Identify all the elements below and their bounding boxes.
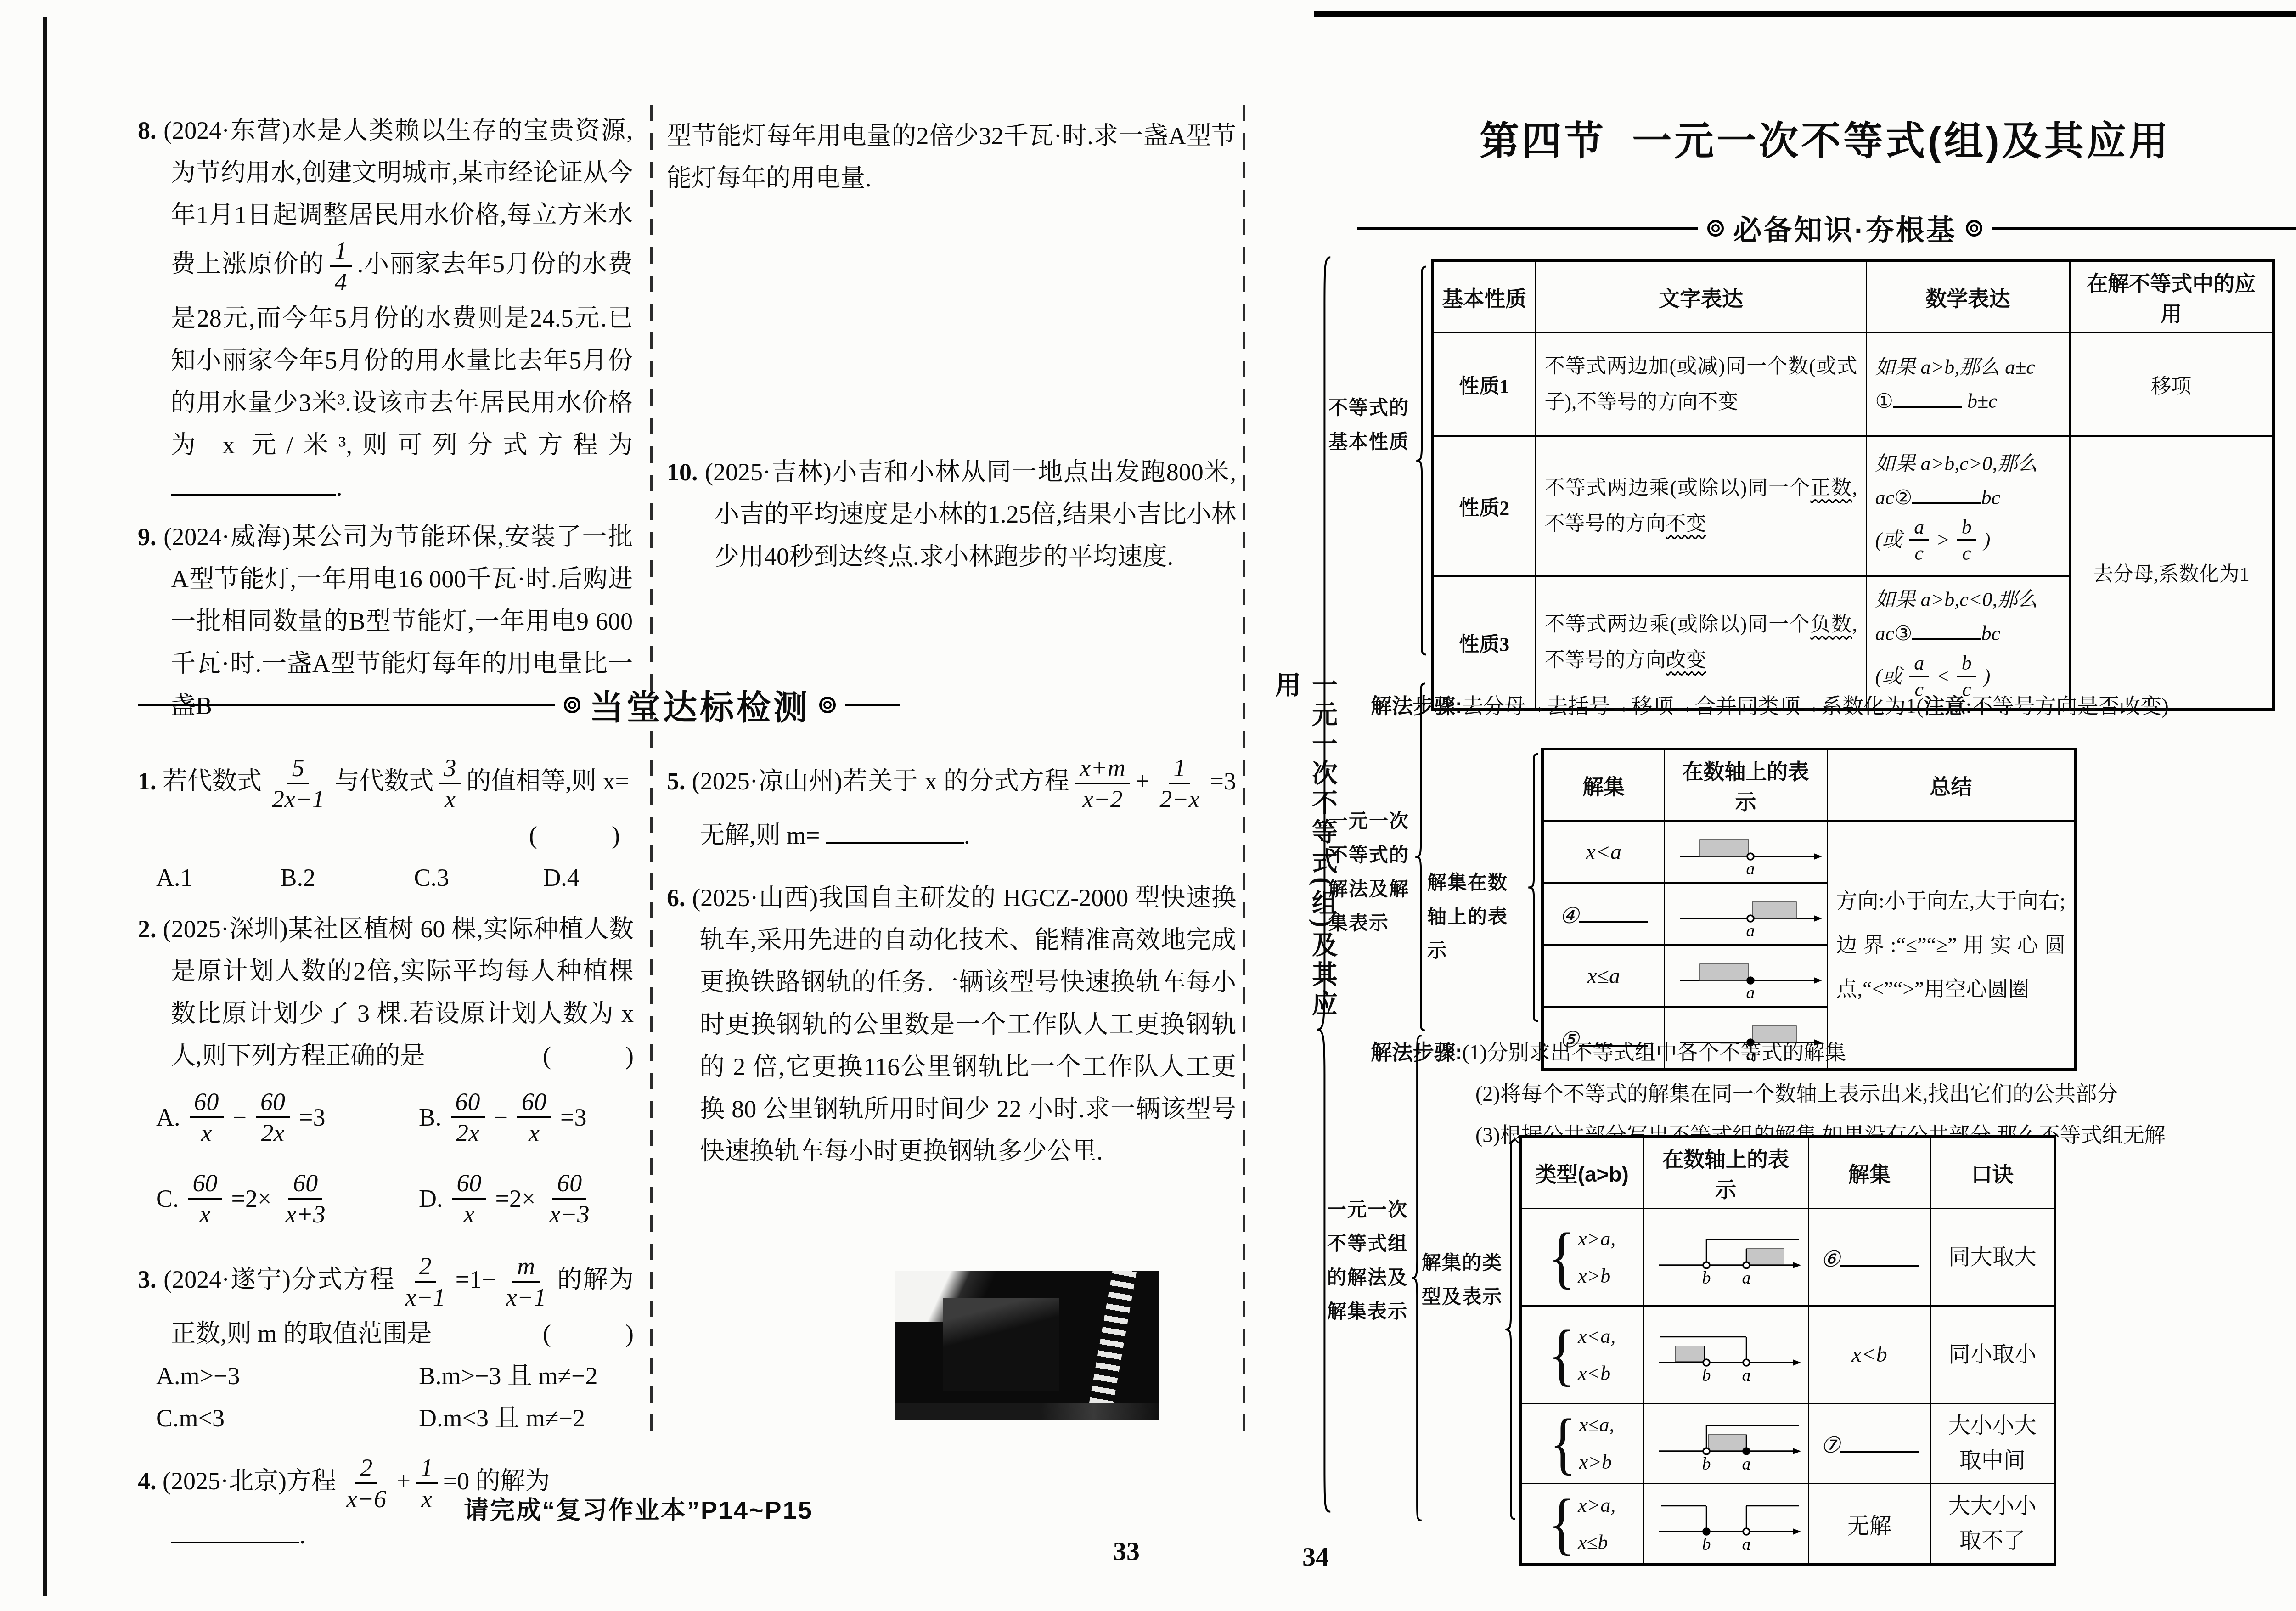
answer-blank [1893,386,1962,408]
quiz-section-title: 当堂达标检测 [590,681,810,729]
numberline-x-greater-a-icon: a [1673,888,1825,940]
problem-number: 6. [667,884,686,912]
circled-number: ④ [1559,904,1579,928]
text-run: =3 [299,1096,325,1138]
svg-text:a: a [1742,1268,1750,1287]
t3-r1-set: ⑥ [1808,1209,1930,1306]
case-brace [1550,1409,1576,1478]
quiz-problem-3-text: 3. (2024·遂宁)分式方程2x−1=1−mx−1的解为正数,则 m 的取值… [138,1251,634,1355]
text-run: ac [1875,486,1895,509]
numberline-no-solution-icon: ba [1652,1494,1804,1554]
case-line: x>b [1578,1264,1615,1288]
t3-r3-numberline: ba [1643,1403,1808,1484]
group-system-solving-label: 一元一次不等式组的解法及解集表示 [1327,1193,1409,1329]
solution-set-table: 解集 在数轴上的表示 总结 x<a a 方向:小于向左,大于向右;边界:“≤”“… [1541,748,2077,1071]
t3-r1-numberline: ba [1643,1209,1808,1306]
operator: − [233,1096,247,1138]
text-run: (2025·吉林)小吉和小林从同一地点出发跑800米,小吉的平均速度是小林的1.… [705,458,1236,570]
photo-ladder-mast [1084,1271,1137,1420]
problem-9-continued: 型节能灯每年用电量的2倍少32千瓦·时.求一盏A型节能灯每年的用电量. [667,115,1236,199]
fraction: 2x−1 [400,1251,450,1312]
knowledge-section-title: 必备知识·夯根基 [1733,208,1957,248]
t1-r23-application: 去分母,系数化为1 [2070,436,2273,710]
problem-8: 8. (2024·东营)水是人类赖以生存的宝贵资源,为节约用水,创建文明城市,某… [138,109,633,508]
t3-r2-mnemonic: 同小取小 [1930,1306,2055,1403]
t2-r2-set: ④ [1542,883,1664,945]
text-run: (2)将每个不等式的解集在同一个数轴上表示出来,找出它们的公共部分 [1475,1082,2118,1105]
note-label: 注意 [1924,694,1966,718]
t3-header-set: 解集 [1808,1137,1930,1209]
fraction: 52x−1 [267,753,329,814]
header-rule [138,704,555,706]
case-brace [1548,1223,1575,1292]
t1-r1-words: 不等式两边加(或减)同一个数(或式子),不等号的方向不变 [1536,333,1866,436]
problem-10: 10. (2025·吉林)小吉和小林从同一地点出发跑800米,小吉的平均速度是小… [667,451,1236,578]
sub-label-numberline-representation: 解集在数轴上的表示 [1427,866,1527,968]
t2-r2-numberline: a [1664,883,1827,945]
t3-r1-mnemonic: 同大取大 [1930,1209,2055,1306]
numberline-x-less-a-icon: a [1673,826,1825,878]
rail-machine-photo [895,1271,1159,1420]
answer-line: ac②bc [1875,481,2061,515]
circled-number: ⑥ [1820,1247,1840,1272]
svg-text:a: a [1742,1366,1750,1385]
answer-line: ac③bc [1875,617,2061,651]
answer-blank [1912,482,1981,504]
photo-machine-body [943,1298,1059,1391]
alt-form: (或ac>bc) [1875,515,2061,566]
t3-header-type: 类型(a>b) [1520,1137,1643,1209]
t2-r1-set: x<a [1542,821,1664,883]
emphasized-text: 改变 [1666,649,1706,671]
problem-number: 3. [138,1266,157,1293]
steps-line-2: (2)将每个不等式的解集在同一个数轴上表示出来,找出它们的公共部分 [1475,1073,2296,1115]
t3-r3-mnemonic: 大小小大取中间 [1930,1403,2055,1484]
operator: − [494,1096,508,1138]
case-line: x≤b [1578,1531,1615,1554]
t2-r1-numberline: a [1664,821,1827,883]
problem-number: 2. [138,915,157,943]
numberline-both-less-icon: ba [1652,1325,1804,1385]
group-inequality-solving-label: 一元一次不等式的解法及解集表示 [1328,805,1410,941]
problems-column-1: 8. (2024·东营)水是人类赖以生存的宝贵资源,为节约用水,创建文明城市,某… [138,109,633,727]
group-brace [1504,1139,1516,1520]
text-run: 如果 a>b,c<0,那么 [1875,583,2061,617]
basic-properties-table: 基本性质 文字表达 数学表达 在解不等式中的应用 性质1 不等式两边加(或减)同… [1431,259,2275,711]
choice-label: A. [156,1096,180,1138]
text-run: . [336,473,343,501]
header-rule [845,704,900,706]
group-brace [1527,753,1539,1022]
text-run: 不等式两边乘(或除以)同一个 [1545,613,1811,636]
sub-label-set-types: 解集的类型及表示 [1422,1246,1503,1314]
numberline-both-greater-icon: ba [1652,1228,1804,1287]
case-brace [1548,1489,1575,1558]
text-run: (或 [1875,523,1902,557]
t3-r3-type: x≤a,x>b [1520,1403,1643,1484]
quiz-problem-6: 6. (2025·山西)我国自主研发的 HGCZ-2000 型快速换轨车,采用先… [667,877,1236,1172]
scanned-spread: 8. (2024·东营)水是人类赖以生存的宝贵资源,为节约用水,创建文明城市,某… [0,0,2296,1611]
quiz-problem-2-text: 2. (2025·深圳)某社区植树 60 棵,实际种植人数是原计划人数的2倍,实… [138,908,634,1077]
group-basic-properties-label: 不等式的基本性质 [1328,391,1410,459]
text-run: . [964,822,970,849]
problem-number: 8. [138,117,157,144]
problem-8-text: 8. (2024·东营)水是人类赖以生存的宝贵资源,为节约用水,创建文明城市,某… [138,109,633,508]
quiz-problem-5: 5. (2025·凉山州)若关于 x 的分式方程x+mx−2+12−x=3 无解… [667,753,1236,856]
double-circle-icon [1966,220,1982,237]
answer-blank [1840,1243,1919,1267]
t1-r2-words: 不等式两边乘(或除以)同一个正数,不等号的方向不变 [1536,436,1866,576]
emphasized-text: 正数 [1810,477,1852,499]
t3-r4-set: 无解 [1808,1484,1930,1565]
chapter-title: 第四节一元一次不等式(组)及其应用 [1412,109,2239,166]
case-line: x>a, [1578,1227,1615,1250]
circled-number: ① [1875,390,1893,412]
header-rule [1357,227,1698,230]
case-line: x<b [1578,1362,1615,1385]
text-run: 与代数式 [334,767,433,795]
answer-blank [826,817,964,844]
choice-b: B.602x−60x=3 [419,1087,634,1148]
text-run: bc [1981,622,2000,645]
case-line: x>b [1579,1450,1615,1474]
fraction: mx−1 [501,1251,551,1312]
choices-row: A.1 B.2 C.3 D.4 [138,856,634,899]
t2-header-summary: 总结 [1827,749,2075,821]
double-circle-icon [1707,220,1724,237]
svg-text:a: a [1742,1535,1750,1554]
t3-r1-type: x>a,x>b [1520,1209,1643,1306]
text-run: 去分母→去括号→移项→合并同类项→系数化为1( [1462,694,1923,718]
svg-text:b: b [1702,1535,1711,1554]
chapter-title-main: 一元一次不等式(组)及其应用 [1632,119,2171,163]
text-run: 若代数式 [163,767,262,795]
case-line: x>a, [1578,1493,1615,1517]
fraction: 60x [517,1087,551,1148]
quiz-section-header: 当堂达标检测 [138,681,900,729]
answer-blank [171,469,336,496]
problem-10-text: 10. (2025·吉林)小吉和小林从同一地点出发跑800米,小吉的平均速度是小… [667,451,1236,578]
quiz-problem-2: 2. (2025·深圳)某社区植树 60 棵,实际种植人数是原计划人数的2倍,实… [138,908,634,1239]
fraction: 602x [451,1087,485,1148]
choice-d: D.m<3 且 m≠−2 [419,1397,634,1439]
choice-b: B.2 [280,856,414,899]
quiz-column-1: 1. 若代数式52x−1与代数式3x的值相等,则 x= ( ) A.1 B.2 … [138,753,634,1556]
t2-r3-numberline: a [1664,945,1827,1007]
scan-top-edge-artifact [1314,11,2296,17]
text-run: (1)分别求出不等式组中各个不等式的解集 [1462,1041,1846,1064]
choice-c: C.60x=2×60x+3 [156,1168,419,1229]
text-run: (2025·山西)我国自主研发的 HGCZ-2000 型快速换轨车,采用先进的自… [692,884,1236,1165]
double-circle-icon [564,697,580,713]
quiz-problem-6-text: 6. (2025·山西)我国自主研发的 HGCZ-2000 型快速换轨车,采用先… [667,877,1236,1172]
homework-footer: 请完成“复习作业本”P14~P15 [464,1491,813,1526]
answer-paren: ( ) [576,1312,634,1355]
group-brace [1415,265,1427,656]
choice-d: D.60x=2×60x−3 [419,1168,634,1229]
choice-a: A.60x−602x=3 [156,1087,419,1148]
choices-grid: A.60x−602x=3 B.602x−60x=3 C.60x=2×60x+3 … [138,1077,634,1239]
answer-paren: ( ) [576,1035,634,1077]
t3-r4-type: x>a,x≤b [1520,1484,1643,1565]
case-brace [1548,1320,1575,1389]
case-line: x<a, [1578,1324,1615,1348]
circled-number: ② [1894,486,1912,509]
t1-r1-math: 如果 a>b,那么 a±c ① b±c [1866,333,2070,436]
t1-header-property: 基本性质 [1432,261,1536,333]
photo-ground [895,1403,1159,1420]
answer-line: ① b±c [1875,384,2061,418]
chapter-title-prefix: 第四节 [1480,119,1606,163]
column-divider [650,105,653,1436]
case-line: x≤a, [1579,1413,1615,1436]
choice-b: B.m>−3 且 m≠−2 [419,1355,634,1397]
quiz-problem-1-text: 1. 若代数式52x−1与代数式3x的值相等,则 x= [138,753,634,814]
fraction: 14 [330,236,352,297]
fraction: 12−x [1155,753,1204,814]
circled-number: ③ [1894,622,1912,645]
fraction: 60x [188,1168,222,1229]
text-run: . [299,1521,306,1549]
t3-r2-numberline: ba [1643,1306,1808,1403]
svg-text:a: a [1746,921,1755,940]
choice-c: C.m<3 [156,1397,419,1439]
circled-number: ⑦ [1820,1433,1840,1458]
fraction: 60x−3 [545,1168,594,1229]
t1-r1-name: 性质1 [1432,333,1536,436]
choices-grid: A.m>−3 B.m>−3 且 m≠−2 C.m<3 D.m<3 且 m≠−2 [138,1355,634,1439]
svg-text:b: b [1702,1454,1711,1473]
t1-r2-math: 如果 a>b,c>0,那么 ac②bc (或ac>bc) [1866,436,2070,576]
choice-a: A.1 [156,856,280,899]
fraction: 602x [256,1087,290,1148]
text-run: 的值相等,则 x= [466,767,629,795]
quiz-problem-5-text: 5. (2025·凉山州)若关于 x 的分式方程x+mx−2+12−x=3 无解… [667,753,1236,856]
page-number-33: 33 [1113,1536,1140,1566]
t1-r2-name: 性质2 [1432,436,1536,576]
problems-column-2: 型节能灯每年用电量的2倍少32千瓦·时.求一盏A型节能灯每年的用电量. 10. … [667,115,1236,578]
text-run: 不等式两边乘(或除以)同一个 [1545,477,1811,499]
t1-header-application: 在解不等式中的应用 [2070,261,2273,333]
system-types-table: 类型(a>b) 在数轴上的表示 解集 口诀 x>a,x>b ba ⑥ 同大取大 … [1519,1135,2056,1566]
operator: =2× [231,1177,272,1220]
t1-header-words: 文字表达 [1536,261,1866,333]
t3-r4-mnemonic: 大大小小取不了 [1930,1484,2055,1565]
operator: + [396,1467,410,1495]
text-run: bc [1981,486,2000,509]
text-run: (2025·北京)方程 [163,1467,336,1495]
text-run: 型节能灯每年用电量的2倍少32千瓦·时.求一盏A型节能灯每年的用电量. [667,122,1236,192]
text-run: b±c [1967,390,1998,412]
t3-r2-set: x<b [1808,1306,1930,1403]
t2-header-numberline: 在数轴上的表示 [1664,749,1827,821]
fraction: 1x [416,1453,438,1514]
text-run: ac [1875,622,1895,645]
svg-text:a: a [1746,859,1755,878]
page-number-34: 34 [1302,1541,1329,1572]
quiz-problem-1: 1. 若代数式52x−1与代数式3x的值相等,则 x= ( ) A.1 B.2 … [138,753,634,899]
fraction: 60x [452,1168,486,1229]
answer-blank [1840,1429,1919,1453]
t3-header-mnemonic: 口诀 [1930,1137,2055,1209]
text-run: .小丽家去年5月份的水费是28元,而今年5月份的水费则是24.5元.已知小丽家今… [171,250,633,459]
header-rule [1992,227,2296,230]
choice-c: C.3 [414,856,543,899]
fraction: 2x−6 [342,1453,391,1514]
t2-header-set: 解集 [1542,749,1664,821]
choice-d: D.4 [543,856,634,899]
answer-blank [1579,899,1648,923]
emphasized-text: 负数 [1810,613,1852,636]
text-run: =1− [456,1266,496,1293]
quiz-column-2: 5. (2025·凉山州)若关于 x 的分式方程x+mx−2+12−x=3 无解… [667,753,1236,1172]
choice-label: D. [419,1177,443,1220]
operator: + [1136,767,1149,795]
double-circle-icon [819,697,836,713]
group-brace [1414,682,1426,1031]
steps-line-1: 解法步骤:(1)分别求出不等式组中各个不等式的解集 [1371,1031,2296,1073]
choice-a: A.m>−3 [156,1355,419,1397]
fraction: x+mx−2 [1075,753,1130,814]
answer-blank [1912,618,1981,640]
emphasized-text: 不变 [1666,513,1706,535]
t3-r4-numberline: ba [1643,1484,1808,1565]
knowledge-section-header: 必备知识·夯根基 [1357,208,2296,248]
operator: =2× [495,1177,536,1220]
quiz-problem-3: 3. (2024·遂宁)分式方程2x−1=1−mx−1的解为正数,则 m 的取值… [138,1251,634,1439]
fraction: 60x+3 [281,1168,330,1229]
problem-number: 9. [138,523,157,551]
answer-blank [171,1517,299,1543]
fraction: 3x [439,753,461,814]
choice-label: C. [156,1177,179,1220]
scan-edge-artifact [43,17,47,1596]
operator: > [1936,523,1950,557]
t3-r3-set: ⑦ [1808,1403,1930,1484]
answer-paren: ( ) [138,814,634,856]
problem-number: 5. [667,767,686,795]
t3-r2-type: x<a,x<b [1520,1306,1643,1403]
numberline-x-leq-a-icon: a [1673,950,1825,1002]
problem-number: 10. [667,458,698,486]
fraction: bc [1957,515,1976,566]
t1-r1-application: 移项 [2070,333,2273,436]
text-run: (2025·凉山州)若关于 x 的分式方程 [692,767,1069,795]
t2-r3-set: x≤a [1542,945,1664,1007]
column-divider [1243,105,1245,1436]
svg-text:b: b [1702,1366,1711,1385]
text-run: :不等号方向是否改变) [1966,694,2169,718]
text-run: 如果 a>b,那么 a±c [1875,350,2061,384]
svg-text:a: a [1742,1454,1750,1473]
t1-header-math: 数学表达 [1866,261,2070,333]
text-run: 如果 a>b,c>0,那么 [1875,447,2061,481]
text-run: (2024·遂宁)分式方程 [163,1266,395,1293]
text-run: 不等式两边加(或减)同一个数(或式子),不等号的方向不变 [1545,355,1857,413]
text-run: =3 [560,1096,586,1138]
text-run: ) [1984,523,1991,557]
fraction: ac [1909,515,1929,566]
problem-number: 4. [138,1467,157,1495]
problem-number: 1. [138,767,157,795]
choice-label: B. [419,1096,442,1138]
numberline-between-icon: ba [1652,1414,1804,1473]
svg-text:a: a [1746,983,1755,1002]
solving-steps-inequality: 解法步骤:去分母→去括号→移项→合并同类项→系数化为1(注意:不等号方向是否改变… [1371,685,2296,727]
fraction: 60x [190,1087,224,1148]
group-brace [1411,1034,1423,1522]
svg-text:b: b [1702,1268,1711,1287]
t3-header-numberline: 在数轴上的表示 [1643,1137,1808,1209]
